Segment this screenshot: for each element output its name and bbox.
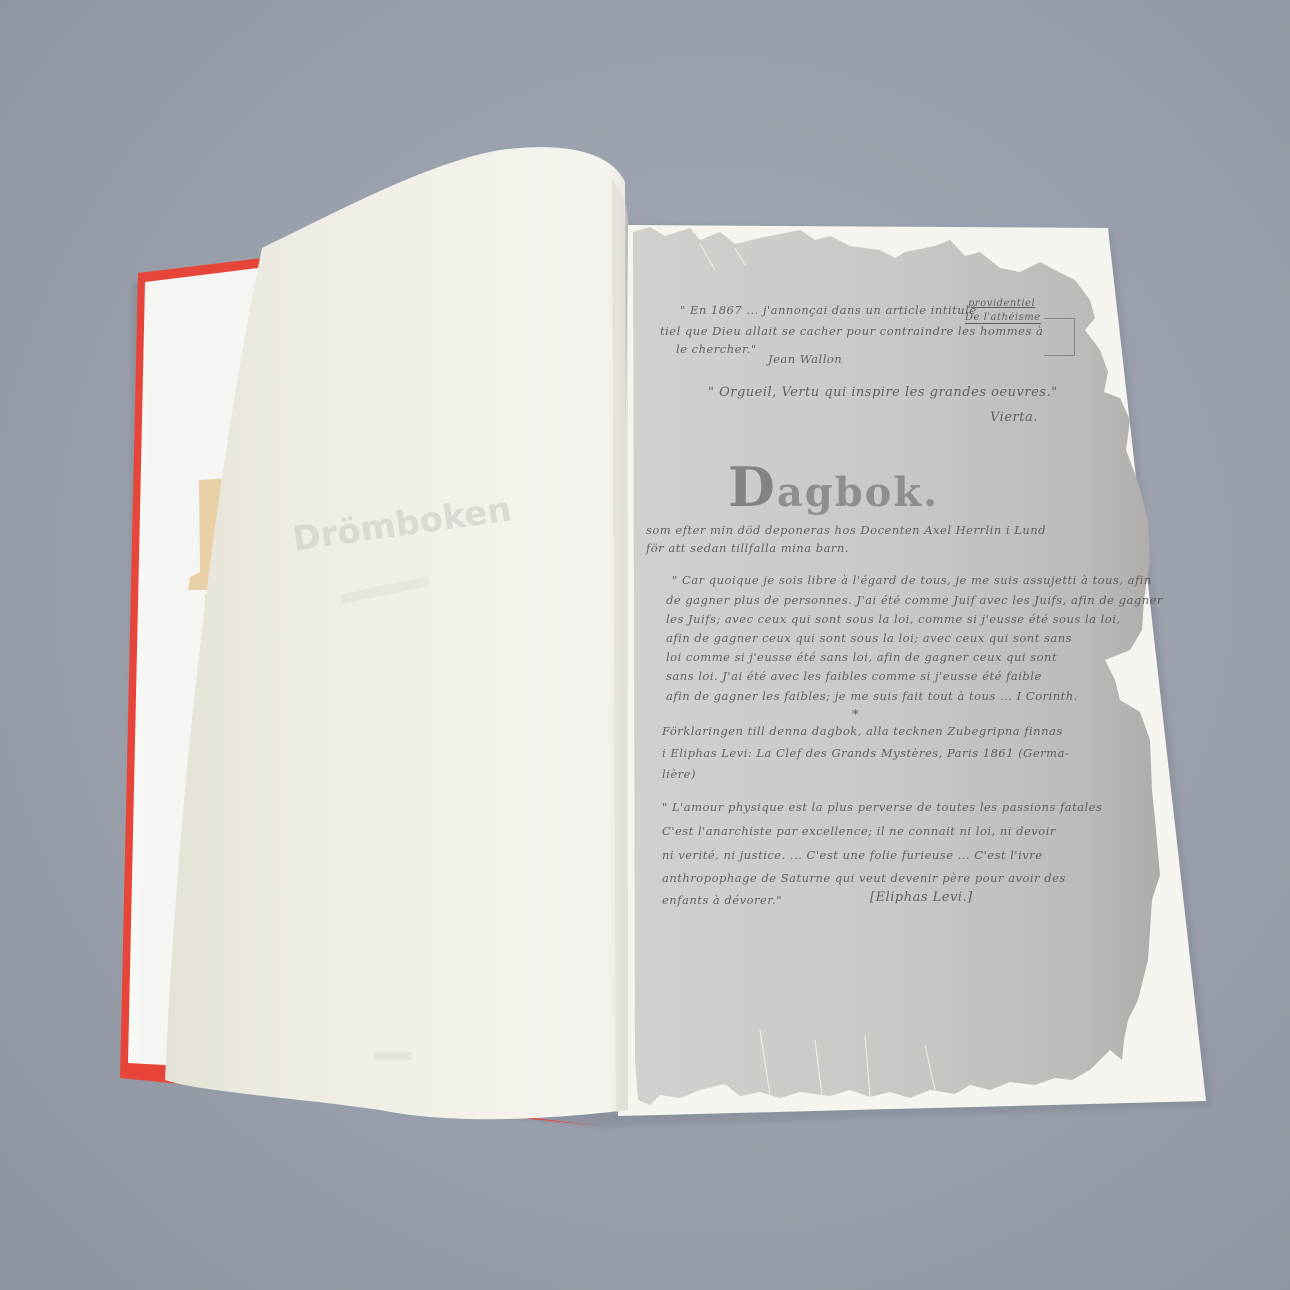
epigraph1-line1: " En 1867 ... j'annonçai dans un article…	[680, 303, 977, 317]
epigraph1-attribution: Jean Wallon	[768, 352, 842, 366]
levi-quote-line: ni verité, ni justice. ... C'est une fol…	[662, 848, 1043, 862]
levi-quote-line: anthropophage de Saturne qui veut deveni…	[662, 871, 1066, 885]
levi-attribution: [Eliphas Levi.]	[870, 890, 973, 905]
book-scene	[0, 0, 1290, 1290]
showthrough-footer	[374, 1052, 412, 1060]
levi-quote-line: " L'amour physique est la plus perverse …	[662, 800, 1102, 814]
epigraph2-quote: " Orgueil, Vertu qui inspire les grandes…	[708, 385, 1058, 400]
epigraph2-attribution: Vierta.	[990, 410, 1038, 425]
epigraph1-line2: tiel que Dieu allait se cacher pour cont…	[660, 324, 1043, 338]
levi-quote-line: C'est l'anarchiste par excellence; il ne…	[662, 824, 1056, 838]
title-rest: agbok.	[777, 469, 939, 516]
levi-quote-line: enfants à dévorer."	[662, 893, 782, 907]
subtitle-line2: för att sedan tillfalla mina barn.	[646, 541, 849, 555]
margin-correction-marks	[1044, 318, 1075, 356]
margin-note-providentiel: providentiel	[968, 298, 1035, 309]
scripture-line: afin de gagner ceux qui sont sous la loi…	[666, 631, 1072, 645]
manuscript-title: Dagbok.	[728, 455, 939, 519]
subtitle-line1: som efter min död deponeras hos Docenten…	[646, 523, 1046, 537]
epigraph1-line3: le chercher."	[676, 342, 757, 356]
scripture-line: de gagner plus de personnes. J'ai été co…	[666, 593, 1163, 607]
note-line: lière)	[662, 767, 696, 781]
manuscript-image	[633, 227, 1160, 1105]
note-line: Förklaringen till denna dagbok, alla tec…	[662, 724, 1063, 738]
title-initial: D	[728, 455, 777, 519]
scripture-line: " Car quoique je sois libre à l'égard de…	[672, 573, 1152, 587]
margin-note-atheisme: De l'athéisme	[965, 312, 1041, 324]
scripture-line: afin de gagner les faibles; je me suis f…	[666, 689, 1078, 703]
scripture-line: sans loi. J'ai été avec les faibles comm…	[666, 669, 1042, 683]
scripture-line: loi comme si j'eusse été sans loi, afin …	[666, 650, 1057, 664]
note-line: i Eliphas Levi: La Clef des Grands Mystè…	[662, 746, 1069, 760]
separator-asterisk: *	[852, 708, 859, 723]
scripture-line: les Juifs; avec ceux qui sont sous la lo…	[666, 612, 1121, 626]
